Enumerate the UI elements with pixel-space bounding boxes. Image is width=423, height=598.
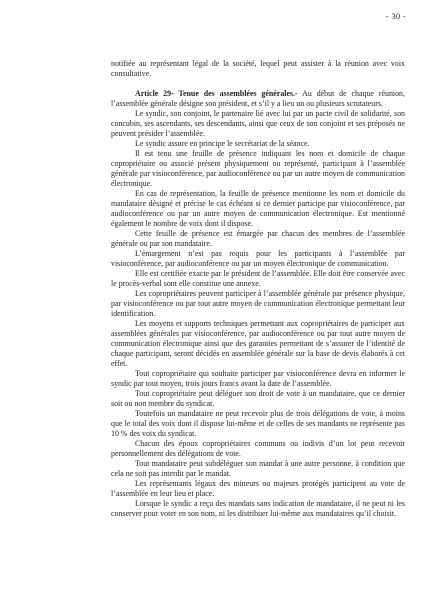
body-paragraph: Lorsque le syndic a reçu des mandats san… — [111, 499, 405, 519]
body-paragraph: Chacun des époux copropriétaires communs… — [111, 439, 405, 459]
article-29-heading: Article 29- Tenue des assemblées général… — [135, 89, 298, 98]
body-paragraph: L’émargement n’est pas requis pour les p… — [111, 249, 405, 269]
body-paragraph: Le syndic assure en principe le secrétar… — [111, 139, 405, 149]
body-paragraph: Toutefois un mandataire ne peut recevoir… — [111, 409, 405, 439]
document-body: notifiée au représentant légal de la soc… — [111, 59, 405, 519]
intro-paragraph: notifiée au représentant légal de la soc… — [111, 59, 405, 79]
body-paragraph: Cette feuille de présence est émargée pa… — [111, 229, 405, 249]
article-29-paragraph: Article 29- Tenue des assemblées général… — [111, 89, 405, 109]
body-paragraph: Les moyens et supports techniques permet… — [111, 319, 405, 369]
body-paragraph: Il est tenu une feuille de présence indi… — [111, 149, 405, 189]
body-paragraph: Les représentants légaux des mineurs ou … — [111, 479, 405, 499]
document-page: - 30 - notifiée au représentant légal de… — [0, 0, 423, 598]
body-paragraph: Les copropriétaires peuvent participer à… — [111, 289, 405, 319]
body-paragraph: Elle est certifiée exacte par le préside… — [111, 269, 405, 289]
body-paragraph: Le syndic, son conjoint, le partenaire l… — [111, 109, 405, 139]
body-paragraph: Tout copropriétaire qui souhaite partici… — [111, 369, 405, 389]
page-number: - 30 - — [386, 11, 406, 21]
body-paragraph: Tout copropriétaire peut déléguer son dr… — [111, 389, 405, 409]
body-paragraph: En cas de représentation, la feuille de … — [111, 189, 405, 229]
body-paragraph: Tout mandataire peut subdéléguer son man… — [111, 459, 405, 479]
